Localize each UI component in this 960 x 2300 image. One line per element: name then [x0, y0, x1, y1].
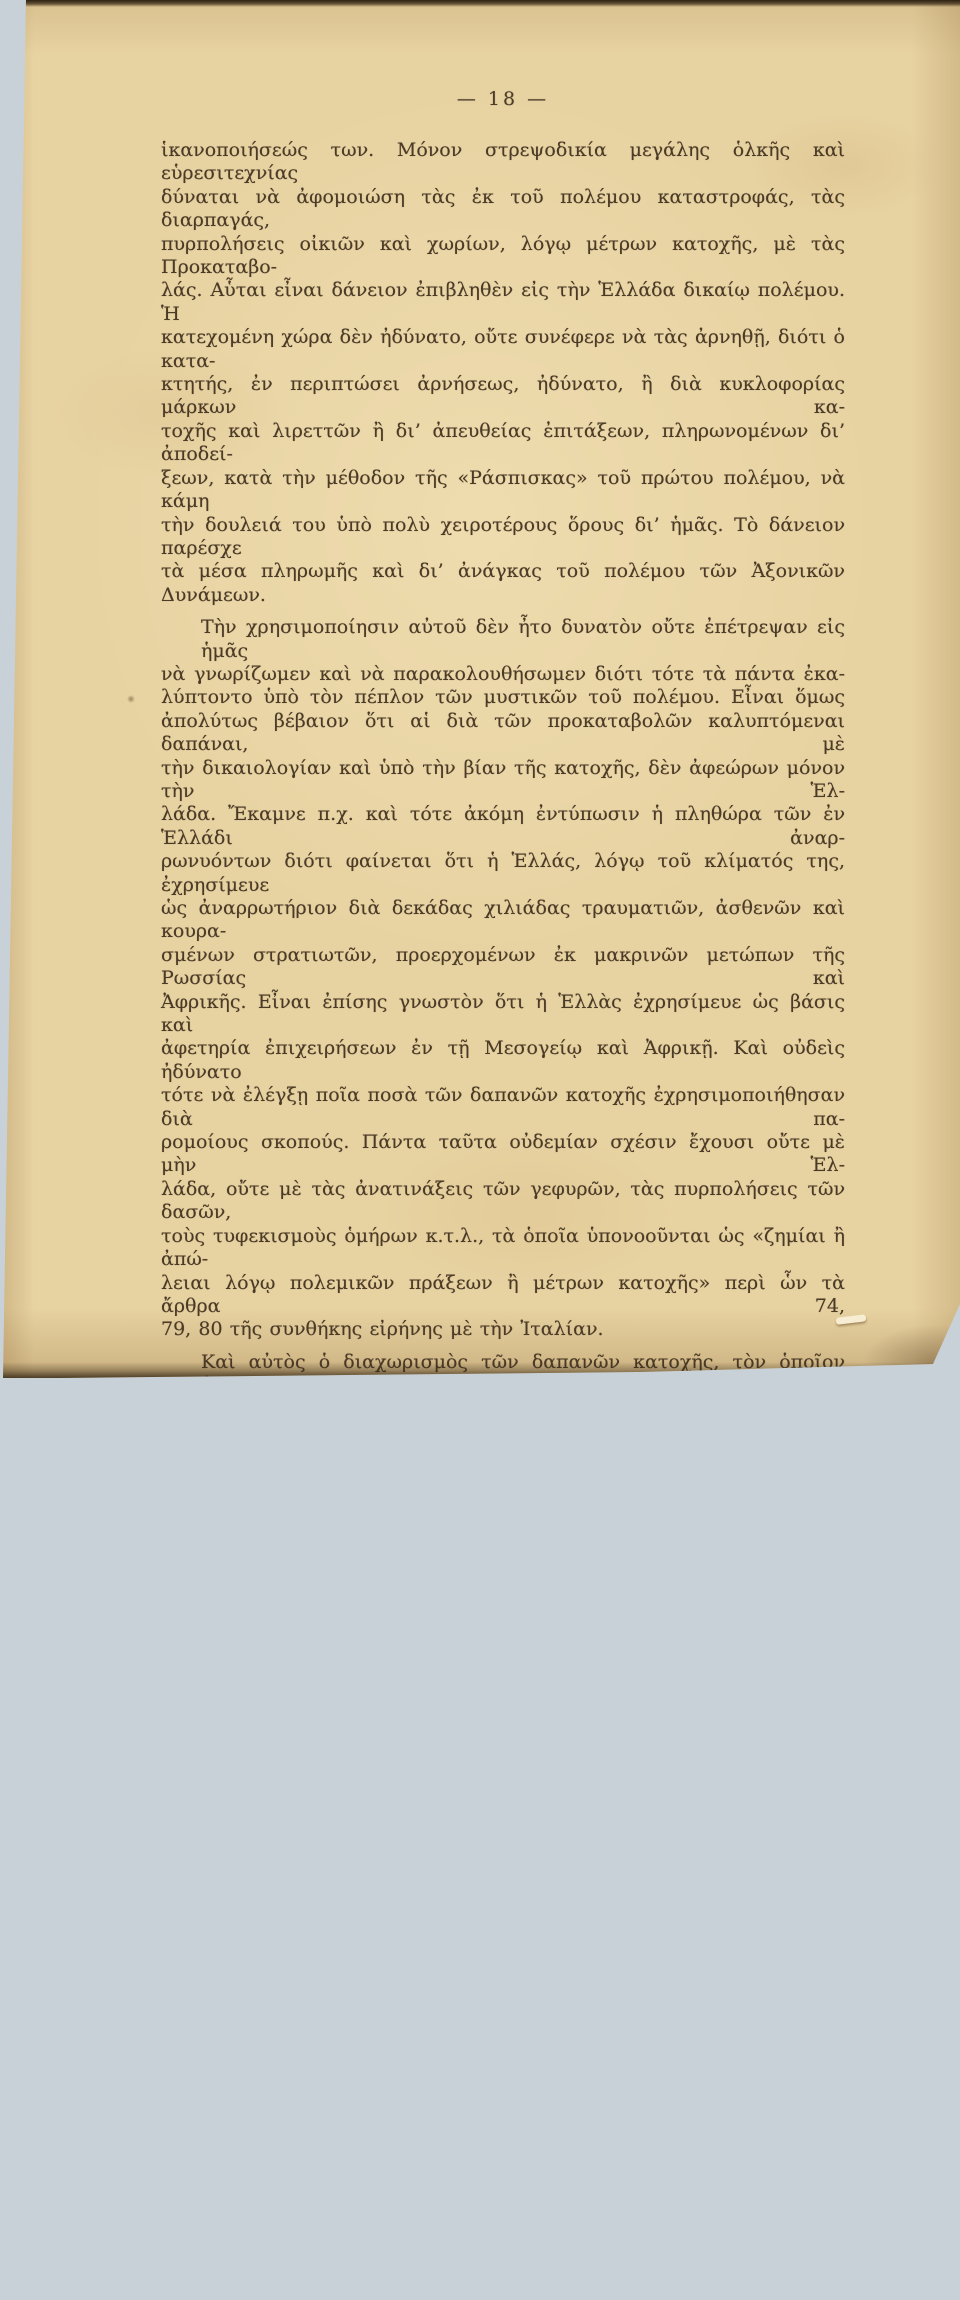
- text-line: πυρπολήσεις οἰκιῶν καὶ χωρίων, λόγῳ μέτρ…: [161, 233, 845, 280]
- text-line: Ἀφρικῆς. Εἶναι ἐπίσης γνωστὸν ὅτι ἡ Ἑλλὰ…: [161, 991, 845, 1038]
- text-segment: τοὺς τυφεκισμοὺς ὁμήρων κ.τ.λ., τὰ ὁποῖα…: [161, 1225, 845, 1270]
- text-segment: σμένων στρατιωτῶν, προερχομένων ἐκ μακρι…: [161, 944, 845, 989]
- text-line: ἱκανοποιήσεώς των. Μόνον στρεψοδικία μεγ…: [161, 139, 845, 186]
- text-segment: λάδα, οὔτε μὲ τὰς ἀνατινάξεις τῶν γεφυρῶ…: [161, 1178, 845, 1223]
- text-line: κατεχομένη χώρα δὲν ἠδύνατο, οὔτε συνέφε…: [161, 326, 845, 373]
- text-segment: ἀφετηρία ἐπιχειρήσεων ἐν τῇ Μεσογείῳ καὶ…: [161, 1037, 845, 1082]
- text-line: λειαι λόγῳ πολεμικῶν πράξεων ἢ μέτρων κα…: [161, 1272, 845, 1319]
- text-segment: τὴν δικαιολογίαν καὶ ὑπὸ τὴν βίαν τῆς κα…: [161, 757, 845, 802]
- text-line: ξεων, κατὰ τὴν μέθοδον τῆς «Ράσπισκας» τ…: [161, 467, 845, 514]
- text-segment: τοχῆς καὶ λιρεττῶν ἢ δι’ ἀπευθείας ἐπιτά…: [161, 420, 845, 465]
- text-segment: ρωνυόντων διότι φαίνεται ὅτι ἡ Ἑλλάς, λό…: [161, 850, 845, 895]
- text-line: λάς. Αὗται εἶναι δάνειον ἐπιβληθὲν εἰς τ…: [161, 279, 845, 326]
- text-segment: Τὴν χρησιμοποίησιν αὐτοῦ δὲν ἦτο δυνατὸν…: [201, 616, 845, 661]
- text-line: τότε νὰ ἐλέγξῃ ποῖα ποσὰ τῶν δαπανῶν κατ…: [161, 1084, 845, 1131]
- text-segment: ἱκανοποιήσεώς των. Μόνον στρεψοδικία μεγ…: [161, 139, 845, 184]
- text-line: λύπτοντο ὑπὸ τὸν πέπλον τῶν μυστικῶν τοῦ…: [161, 686, 845, 709]
- page-text-block: ἱκανοποιήσεώς των. Μόνον στρεψοδικία μεγ…: [161, 139, 845, 1378]
- text-segment: λειαι λόγῳ πολεμικῶν πράξεων ἢ μέτρων κα…: [161, 1272, 845, 1317]
- text-segment: λάς. Αὗται εἶναι δάνειον ἐπιβληθὲν εἰς τ…: [161, 279, 845, 324]
- text-segment: ξεων, κατὰ τὴν μέθοδον τῆς «Ράσπισκας» τ…: [161, 467, 845, 512]
- text-segment: ρομοίους σκοπούς. Πάντα ταῦτα οὐδεμίαν σ…: [161, 1131, 845, 1176]
- text-segment: κτητής, ἐν περιπτώσει ἀρνήσεως, ἠδύνατο,…: [161, 373, 845, 418]
- text-segment: Ἀφρικῆς. Εἶναι ἐπίσης γνωστὸν ὅτι ἡ Ἑλλὰ…: [161, 991, 845, 1036]
- text-segment: δύναται νὰ ἀφομοιώση τὰς ἐκ τοῦ πολέμου …: [161, 186, 845, 231]
- page-bottom-edge-shadow: [0, 1362, 960, 1378]
- text-segment: νὰ γνωρίζωμεν καὶ νὰ παρακολουθήσωμεν δι…: [161, 663, 845, 685]
- text-line: ὡς ἀναρρωτήριον διὰ δεκάδας χιλιάδας τρα…: [161, 897, 845, 944]
- paragraph-2: Τὴν χρησιμοποίησιν αὐτοῦ δὲν ἦτο δυνατὸν…: [161, 616, 845, 1342]
- text-segment: 79, 80 τῆς συνθήκης εἰρήνης μὲ τὴν Ἰταλί…: [161, 1318, 604, 1340]
- page-number: — 18 —: [161, 88, 845, 110]
- text-line: τοχῆς καὶ λιρεττῶν ἢ δι’ ἀπευθείας ἐπιτά…: [161, 420, 845, 467]
- paragraph-1: ἱκανοποιήσεώς των. Μόνον στρεψοδικία μεγ…: [161, 139, 845, 607]
- text-line: νὰ γνωρίζωμεν καὶ νὰ παρακολουθήσωμεν δι…: [161, 663, 845, 686]
- text-line: λάδα. Ἔκαμνε π.χ. καὶ τότε ἀκόμη ἐντύπωσ…: [161, 803, 845, 850]
- text-line: ρωνυόντων διότι φαίνεται ὅτι ἡ Ἑλλάς, λό…: [161, 850, 845, 897]
- text-segment: τὰ μέσα πληρωμῆς καὶ δι’ ἀνάγκας τοῦ πολ…: [161, 560, 845, 605]
- text-line: λάδα, οὔτε μὲ τὰς ἀνατινάξεις τῶν γεφυρῶ…: [161, 1178, 845, 1225]
- text-segment: ἀπολύτως βέβαιον ὅτι αἱ διὰ τῶν προκαταβ…: [161, 710, 845, 755]
- text-line: δύναται νὰ ἀφομοιώση τὰς ἐκ τοῦ πολέμου …: [161, 186, 845, 233]
- text-segment: τότε νὰ ἐλέγξῃ ποῖα ποσὰ τῶν δαπανῶν κατ…: [161, 1084, 845, 1129]
- text-segment: τὴν δουλειά του ὑπὸ πολὺ χειροτέρους ὅρο…: [161, 514, 845, 559]
- text-line: τὰ μέσα πληρωμῆς καὶ δι’ ἀνάγκας τοῦ πολ…: [161, 560, 845, 607]
- text-line: ρομοίους σκοπούς. Πάντα ταῦτα οὐδεμίαν σ…: [161, 1131, 845, 1178]
- text-line: τὴν δουλειά του ὑπὸ πολὺ χειροτέρους ὅρο…: [161, 514, 845, 561]
- book-page: — 18 — ἱκανοποιήσεώς των. Μόνον στρεψοδι…: [0, 0, 960, 1378]
- text-segment: λάδα. Ἔκαμνε π.χ. καὶ τότε ἀκόμη ἐντύπωσ…: [161, 803, 845, 848]
- text-line: 79, 80 τῆς συνθήκης εἰρήνης μὲ τὴν Ἰταλί…: [161, 1318, 845, 1341]
- text-line: σμένων στρατιωτῶν, προερχομένων ἐκ μακρι…: [161, 944, 845, 991]
- text-line: τοὺς τυφεκισμοὺς ὁμήρων κ.τ.λ., τὰ ὁποῖα…: [161, 1225, 845, 1272]
- text-line: ἀπολύτως βέβαιον ὅτι αἱ διὰ τῶν προκαταβ…: [161, 710, 845, 757]
- text-line: τὴν δικαιολογίαν καὶ ὑπὸ τὴν βίαν τῆς κα…: [161, 757, 845, 804]
- text-segment: κατεχομένη χώρα δὲν ἠδύνατο, οὔτε συνέφε…: [161, 326, 845, 371]
- text-segment: ὡς ἀναρρωτήριον διὰ δεκάδας χιλιάδας τρα…: [161, 897, 845, 942]
- text-line: ἀφετηρία ἐπιχειρήσεων ἐν τῇ Μεσογείῳ καὶ…: [161, 1037, 845, 1084]
- text-line: κτητής, ἐν περιπτώσει ἀρνήσεως, ἠδύνατο,…: [161, 373, 845, 420]
- page-content: — 18 — ἱκανοποιήσεώς των. Μόνον στρεψοδι…: [0, 0, 960, 1378]
- text-segment: λύπτοντο ὑπὸ τὸν πέπλον τῶν μυστικῶν τοῦ…: [161, 686, 845, 708]
- text-segment: πυρπολήσεις οἰκιῶν καὶ χωρίων, λόγῳ μέτρ…: [161, 233, 845, 278]
- scanned-book-photo: { "page": { "number": "— 18 —", "paper_c…: [0, 0, 960, 1378]
- text-line: Τὴν χρησιμοποίησιν αὐτοῦ δὲν ἦτο δυνατὸν…: [161, 616, 845, 663]
